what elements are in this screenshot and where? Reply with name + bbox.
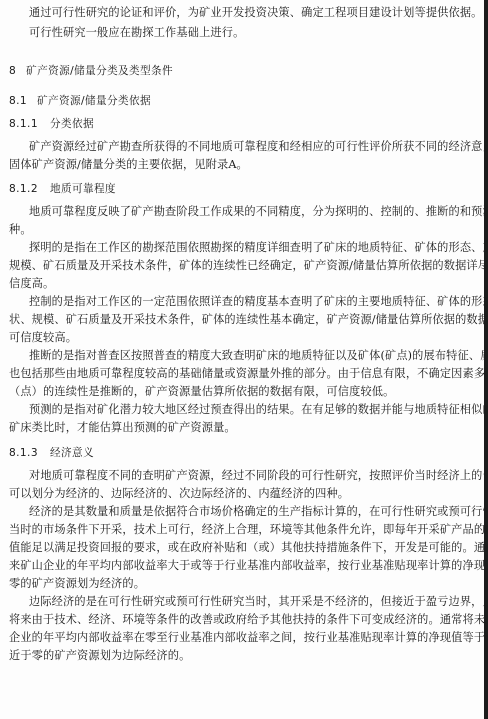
paragraph-line: 经济的是其数量和质量是依据符合市场价格确定的生产指标计算的，在可行性研究或预可行… (29, 505, 488, 519)
paragraph-line: 近于零的矿产资源划为边际经济的。 (9, 649, 190, 663)
paragraph-line: 状、规模、矿石质量及开采技术条件，矿体的连续性基本确定，矿产资源/储量估算所依据… (9, 313, 488, 327)
paragraph-line: 固体矿产资源/储量分类的主要依据，见附录A。 (9, 158, 248, 172)
paragraph-line: 将来由于技术、经济、环境等条件的改善或政府给予其他扶持的条件下可变成经济的。通常… (9, 613, 488, 627)
paragraph-line: 种。 (9, 223, 32, 237)
paragraph-line: 边际经济的是在可行性研究或预可行性研究当时，其开采是不经济的，但接近于盈亏边界，… (29, 595, 488, 609)
paragraph-line: 预测的是指对矿化潜力较大地区经过预查得出的结果。在有足够的数据并能与地质特征相似… (29, 403, 488, 417)
paragraph-line: 可以划分为经济的、边际经济的、次边际经济的、内蕴经济的四种。 (9, 487, 349, 501)
paragraph-line: 当时的市场条件下开采，技术上可行，经济上合理，环境等其他条件允许，即每年开采矿产… (9, 523, 488, 537)
paragraph-line: 控制的是指对工作区的一定范围依照详查的精度基本查明了矿床的主要地质特征、矿体的形… (29, 295, 488, 309)
section-8-1-2-heading: 8.1.2地质可靠程度 (9, 182, 116, 196)
paragraph-line: 零的矿产资源划为经济的。 (9, 577, 145, 591)
section-8-1-3-heading: 8.1.3经济意义 (9, 446, 94, 460)
section-number: 8.1.2 (9, 182, 38, 196)
paragraph-line: 企业的年平均内部收益率在零至行业基准内部收益率之间，按行业基准贴现率计算的净现值… (9, 631, 488, 645)
paragraph-line: 对地质可靠程度不同的查明矿产资源，经过不同阶段的可行性研究，按照评价当时经济上的… (29, 469, 488, 483)
scan-edge (484, 0, 488, 719)
intro-line-1: 通过可行性研究的论证和评价，为矿业开发投资决策、确定工程项目建设计划等提供依据。 (29, 6, 483, 20)
paragraph-line: 推断的是指对普查区按照普查的精度大致查明矿床的地质特征以及矿体(矿点)的展布特征… (29, 349, 488, 363)
intro-line-2: 可行性研究一般应在勘探工作基础上进行。 (29, 26, 244, 40)
section-title: 地质可靠程度 (50, 183, 116, 195)
section-8-heading: 8矿产资源/储量分类及类型条件 (9, 64, 173, 78)
paragraph-line: （点）的连续性是推断的，矿产资源量估算所依据的数据有限，可信度较低。 (9, 385, 394, 399)
section-title: 矿产资源/储量分类依据 (37, 95, 151, 107)
paragraph-line: 可信度较高。 (9, 331, 77, 345)
paragraph-line: 值能足以满足投资回报的要求，或在政府补贴和（或）其他扶持措施条件下，开发是可能的… (9, 541, 488, 555)
paragraph-line: 也包括那些由地质可靠程度较高的基础储量或资源量外推的部分。由于信息有限，不确定因… (9, 367, 488, 381)
section-8-1-1-heading: 8.1.1分类依据 (9, 117, 94, 131)
paragraph-line: 地质可靠程度反映了矿产勘查阶段工作成果的不同精度，分为探明的、控制的、推断的和预… (29, 205, 488, 219)
section-title: 经济意义 (50, 447, 94, 459)
paragraph-line: 探明的是指在工作区的勘探范围依照勘探的精度详细查明了矿床的地质特征、矿体的形态、… (29, 241, 488, 255)
paragraph-line: 矿床类比时，才能估算出预测的矿产资源量。 (9, 421, 236, 435)
section-number: 8.1 (9, 94, 27, 108)
document-page: 通过可行性研究的论证和评价，为矿业开发投资决策、确定工程项目建设计划等提供依据。… (0, 0, 484, 719)
paragraph-line: 矿产资源经过矿产勘查所获得的不同地质可靠程度和经相应的可行性评价所获不同的经济意… (29, 140, 488, 154)
section-number: 8.1.1 (9, 117, 38, 131)
section-number: 8.1.3 (9, 446, 38, 460)
paragraph-line: 规模、矿石质量及开采技术条件，矿体的连续性已经确定，矿产资源/储量估算所依据的数… (9, 259, 488, 273)
section-number: 8 (9, 64, 16, 78)
section-8-1-heading: 8.1矿产资源/储量分类依据 (9, 94, 151, 108)
paragraph-line: 信度高。 (9, 277, 54, 291)
section-title: 矿产资源/储量分类及类型条件 (26, 65, 173, 77)
paragraph-line: 来矿山企业的年平均内部收益率大于或等于行业基准内部收益率，按行业基准贴现率计算的… (9, 559, 488, 573)
section-title: 分类依据 (50, 118, 94, 130)
